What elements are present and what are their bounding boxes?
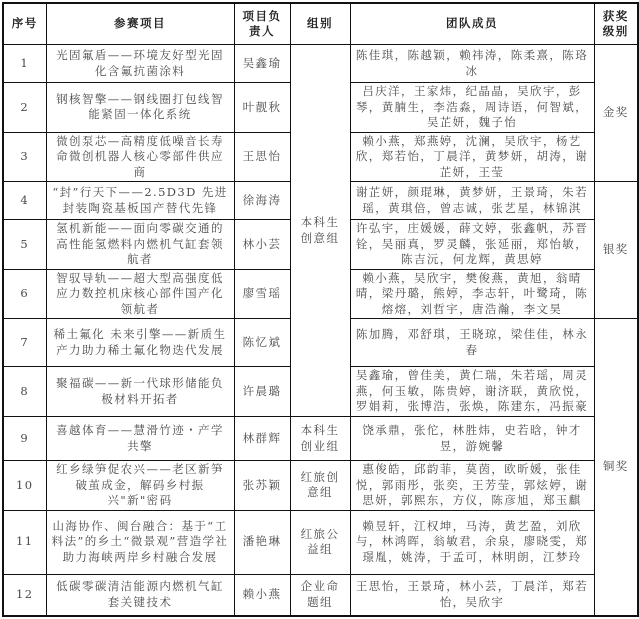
- project-name: 钢核智擎——钢线圈打包线智能紧固一体化系统: [46, 83, 234, 133]
- header-group: 组别: [290, 3, 350, 45]
- team-members: 谢芷妍，颜琨琳，黄梦妍，王景琦，朱若瑶，黄琪倍，曾志诚，张艺星，林锦淇: [350, 182, 594, 220]
- project-name: 喜越体育——慧滑竹迹・产学共擎: [46, 417, 234, 461]
- row-index: 6: [3, 269, 46, 319]
- table-row: 1 光固氟盾——环境友好型光固化含氟抗菌涂料 吴鑫瑜 本科生创意组 陈佳琪，陈越…: [3, 45, 638, 83]
- group-cell: 本科生创业组: [290, 417, 350, 461]
- row-index: 8: [3, 367, 46, 417]
- project-leader: 许晨璐: [234, 367, 290, 417]
- award-level-silver: 银奖: [594, 182, 638, 319]
- project-leader: 吴鑫瑜: [234, 45, 290, 83]
- group-cell: 本科生创意组: [290, 45, 350, 417]
- header-team: 团队成员: [350, 3, 594, 45]
- project-leader: 徐海涛: [234, 182, 290, 220]
- team-members: 陈加腾，邓舒琪，王晓琼，梁佳佳，林永春: [350, 319, 594, 367]
- project-name: “封”行天下——2.5D3D 先进封装陶瓷基板国产替代先锋: [46, 182, 234, 220]
- project-name: 氢机新能——面向零碳交通的高性能氢燃料内燃机气缸套领航者: [46, 220, 234, 270]
- row-index: 1: [3, 45, 46, 83]
- row-index: 12: [3, 574, 46, 616]
- project-name: 微创泵芯—高精度低噪音长寿命微创机器人核心零部件供应商: [46, 132, 234, 182]
- table-row: 9 喜越体育——慧滑竹迹・产学共擎 林群辉 本科生创业组 饶承鼎，张佗，林胜炜，…: [3, 417, 638, 461]
- row-index: 3: [3, 132, 46, 182]
- team-members: 赖昱轩，江权坤，马涛，黄艺盈，刘欣与，林鸿晖，翁敏君，余泉，廖晓雯，郑璟胤，姚涛…: [350, 510, 594, 574]
- team-members: 赖小燕，郑燕婷，沈澜，吴欣宇，杨艺欣，郑若怡，丁晨洋，黄梦妍，胡涛，谢芷妍，王莹: [350, 132, 594, 182]
- project-leader: 林群辉: [234, 417, 290, 461]
- award-level-bronze: 铜奖: [594, 319, 638, 617]
- project-name: 红乡绿笋促农兴——老区新笋破茧成金，解码乡村振兴"新"密码: [46, 461, 234, 511]
- awards-table: 序号 参赛项目 项目负责人 组别 团队成员 获奖级别 1 光固氟盾——环境友好型…: [2, 2, 639, 617]
- group-cell: 企业命题组: [290, 574, 350, 616]
- project-leader: 陈忆斌: [234, 319, 290, 367]
- row-index: 9: [3, 417, 46, 461]
- project-leader: 赖小燕: [234, 574, 290, 616]
- project-name: 山海协作、闽台融合：基于“工料法”的乡土“微景观”营造学社助力海峡两岸乡村融合发…: [46, 510, 234, 574]
- team-members: 饶承鼎，张佗，林胜炜，史若晗，钟才昱，游婉馨: [350, 417, 594, 461]
- team-members: 陈佳琪，陈越颖，赖祎涛，陈柔熹，陈珞冰: [350, 45, 594, 83]
- team-members: 王思怡，王景琦，林小芸，丁晨洋，郑若怡，吴欣宇: [350, 574, 594, 616]
- header-row: 序号 参赛项目 项目负责人 组别 团队成员 获奖级别: [3, 3, 638, 45]
- row-index: 7: [3, 319, 46, 367]
- team-members: 惠俊皓，邱韵菲，莫茵，欧昕媛，张佳悦，郭雨彤，张奕，王芳莹，郭炫婷，谢思妍，郭熙…: [350, 461, 594, 511]
- row-index: 4: [3, 182, 46, 220]
- award-level-gold: 金奖: [594, 45, 638, 182]
- row-index: 5: [3, 220, 46, 270]
- header-award: 获奖级别: [594, 3, 638, 45]
- team-members: 许弘宇，庄媛媛，薛文婷，张鑫帆，苏晋铨，吴丽真，罗灵麟，张延丽，郑怡敏，陈吉沅，…: [350, 220, 594, 270]
- group-cell: 红旅公益组: [290, 510, 350, 574]
- row-index: 11: [3, 510, 46, 574]
- project-name: 低碳零碳清洁能源内燃机气缸套关键技术: [46, 574, 234, 616]
- table-row: 10 红乡绿笋促农兴——老区新笋破茧成金，解码乡村振兴"新"密码 张苏颖 红旅创…: [3, 461, 638, 511]
- project-leader: 林小芸: [234, 220, 290, 270]
- project-name: 稀土氟化 未来引擎——新质生产力助力稀土氟化物迭代发展: [46, 319, 234, 367]
- project-leader: 廖雪瑶: [234, 269, 290, 319]
- project-name: 智驭导轨——超大型高强度低应力数控机床核心部件国产化领航者: [46, 269, 234, 319]
- row-index: 10: [3, 461, 46, 511]
- table-row: 12 低碳零碳清洁能源内燃机气缸套关键技术 赖小燕 企业命题组 王思怡，王景琦，…: [3, 574, 638, 616]
- project-leader: 张苏颖: [234, 461, 290, 511]
- project-name: 聚福碳——新一代球形储能负极材料开拓者: [46, 367, 234, 417]
- team-members: 吕庆洋，王家炜，纪晶晶，吴欣宇，彭琴，黄腩生，李浩淼，周诗语，何智斌，吴芷妍，魏…: [350, 83, 594, 133]
- group-cell: 红旅创意组: [290, 461, 350, 511]
- project-name: 光固氟盾——环境友好型光固化含氟抗菌涂料: [46, 45, 234, 83]
- project-leader: 叶靓秋: [234, 83, 290, 133]
- header-leader: 项目负责人: [234, 3, 290, 45]
- team-members: 吴鑫瑜，曾佳美，黄仁瑞，朱若瑶，周灵燕，何玉敏，陈贵婷，谢济联，黄欣悦，罗娟莉，…: [350, 367, 594, 417]
- row-index: 2: [3, 83, 46, 133]
- project-leader: 王思怡: [234, 132, 290, 182]
- header-index: 序号: [3, 3, 46, 45]
- team-members: 赖小燕，吴欣宇，樊俊燕，黄旭，翁晴晴，梁丹璐，熊婷，李志轩，叶鹭琦，陈熔熔，刘哲…: [350, 269, 594, 319]
- project-leader: 潘艳琳: [234, 510, 290, 574]
- table-row: 11 山海协作、闽台融合：基于“工料法”的乡土“微景观”营造学社助力海峡两岸乡村…: [3, 510, 638, 574]
- header-project: 参赛项目: [46, 3, 234, 45]
